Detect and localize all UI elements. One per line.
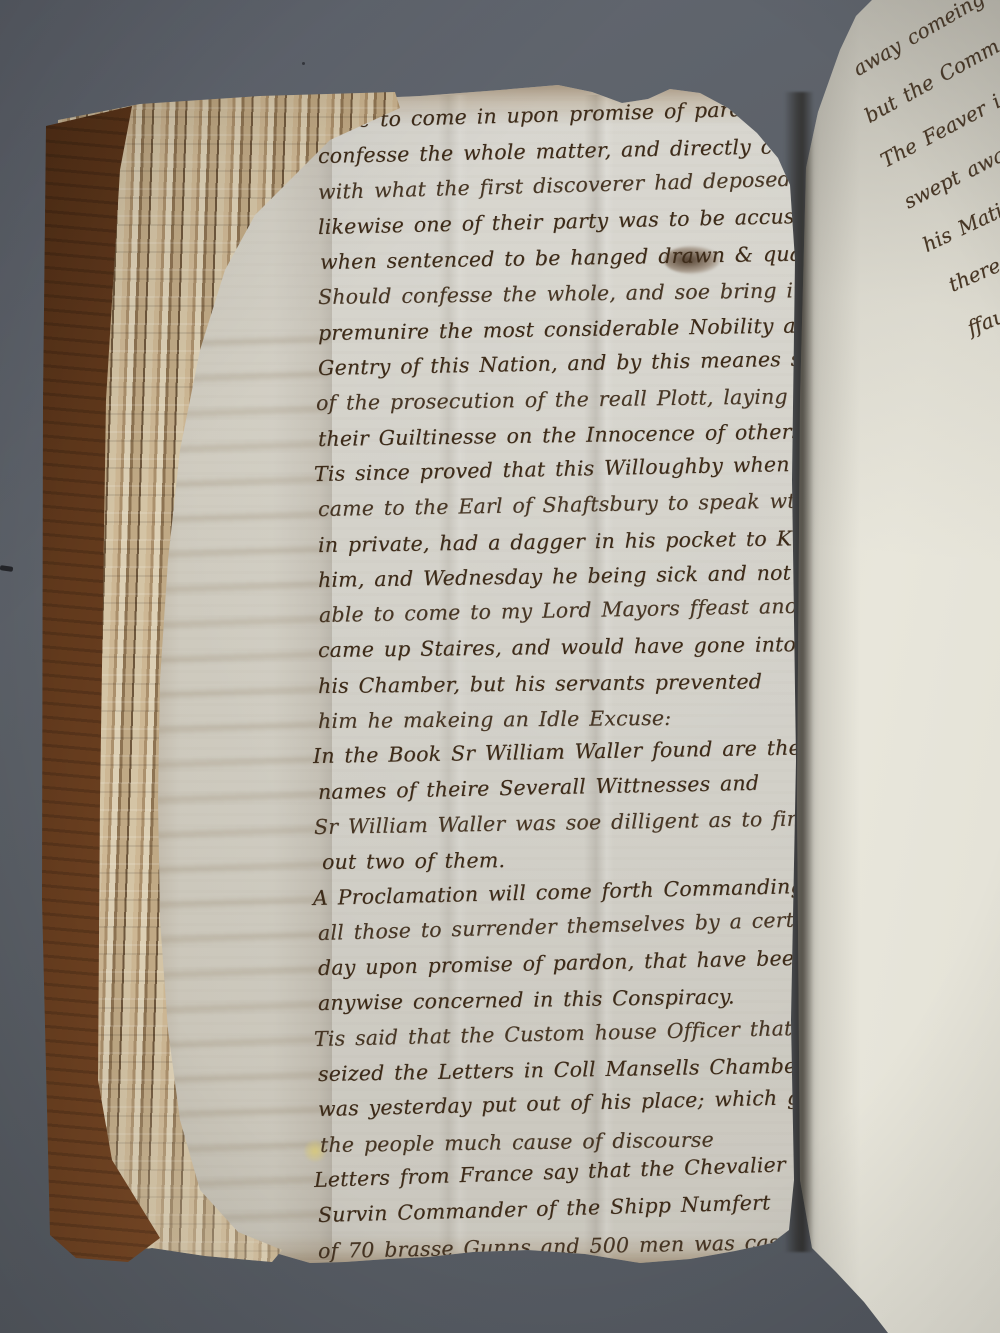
background-mark <box>0 565 13 572</box>
photo-background: away comeing but the Comm The Feaver i s… <box>0 0 1000 1333</box>
manuscript-line: came up Staires, and would have gone int… <box>318 628 802 669</box>
manuscript-line: Sr William Waller was soe dilligent as t… <box>314 801 803 845</box>
manuscript-line: his Chamber, but his servants prevented <box>318 664 802 704</box>
manuscript-line: came to the Earl of Shaftsbury to speak … <box>318 484 803 528</box>
left-page-text: were to come in upon promise of pardon, … <box>318 104 802 1269</box>
dust-speck <box>302 62 305 65</box>
